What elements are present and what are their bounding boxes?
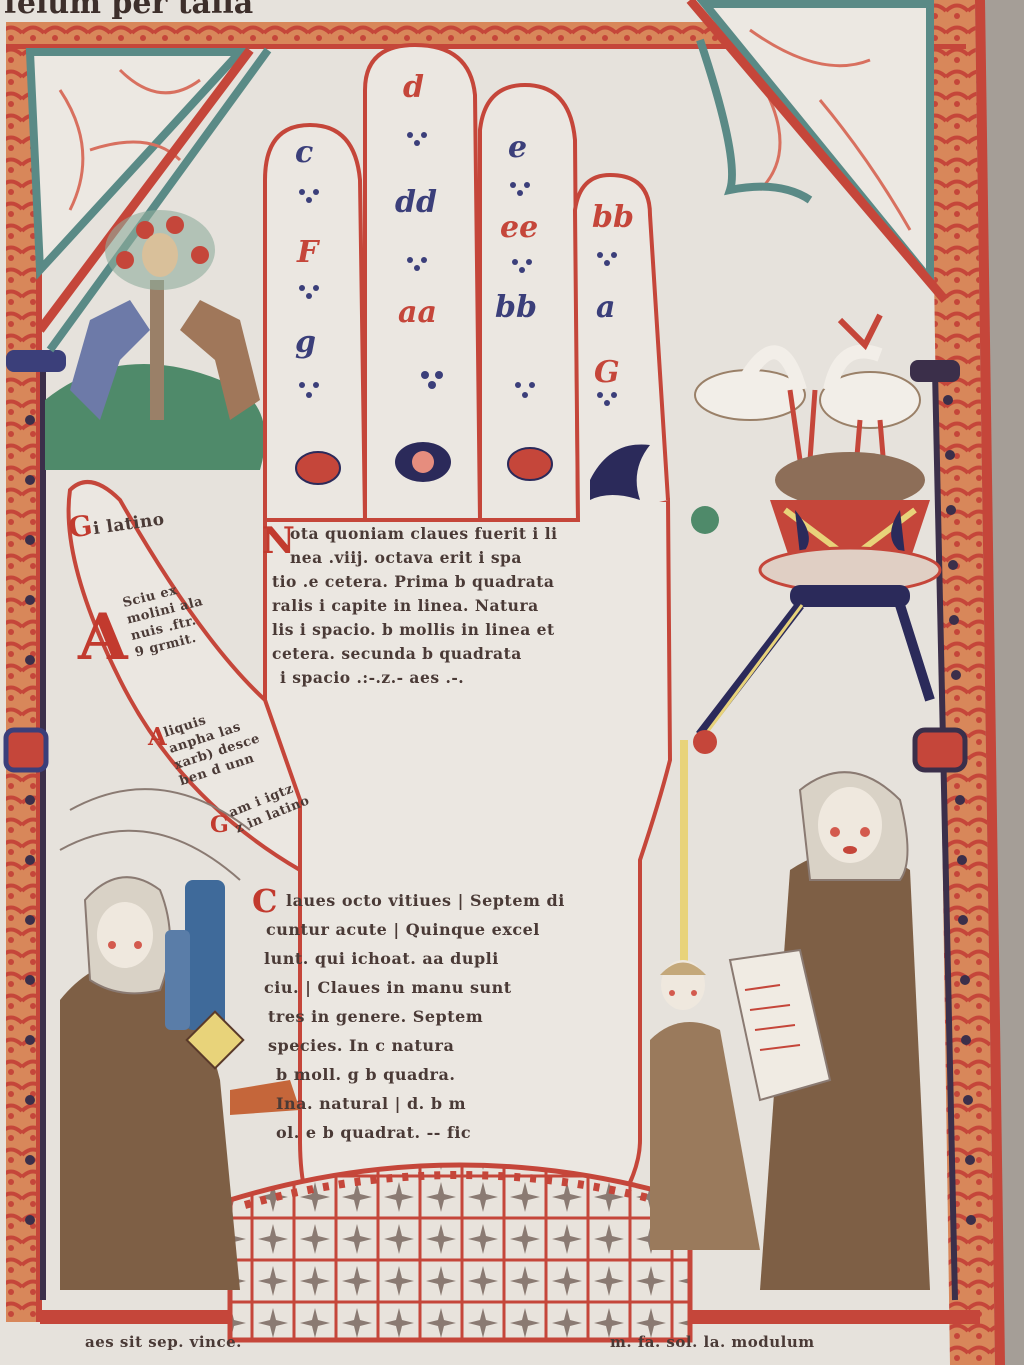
wrist-paragraph: laues octo vitiues | Septem di cuntur ac… [286, 886, 565, 1147]
teacher-and-child [650, 740, 930, 1290]
storks-nest [691, 315, 940, 754]
finger-ring-letter-3: bb [495, 290, 537, 325]
finger-little-letter-1: bb [592, 200, 634, 235]
left-spandrel [30, 50, 268, 350]
finger-index-letter-2: F [297, 235, 318, 270]
bottom-text-left: aes sit sep. vince. [85, 1333, 242, 1351]
bottom-text-right: m. fa. sol. la. modulum [610, 1333, 815, 1351]
manuscript-page: felum per talia c F g d dd aa e ee bb bb… [0, 0, 1024, 1365]
finger-little-letter-3: G [594, 355, 620, 390]
finger-ring-letter-2: ee [500, 210, 538, 245]
thumb-block1-initial: A [78, 600, 128, 675]
header-text-fragment: felum per talia [4, 0, 253, 21]
finger-middle-letter-2: dd [395, 185, 437, 220]
thumb-block3-initial: G [210, 812, 229, 838]
finger-middle-letter-1: d [403, 70, 424, 105]
finger-ring-letter-1: e [508, 130, 527, 165]
finger-little-letter-2: a [596, 290, 615, 325]
finger-middle-letter-3: aa [398, 295, 437, 330]
palm-paragraph: ota quoniam claues fuerit i li nea .viij… [290, 522, 557, 690]
hand-cuff [230, 1165, 690, 1340]
tree-with-goats [45, 210, 265, 470]
finger-index-letter-3: g [295, 325, 316, 360]
finger-index-letter-1: c [295, 135, 313, 170]
right-spandrel [690, 0, 945, 300]
